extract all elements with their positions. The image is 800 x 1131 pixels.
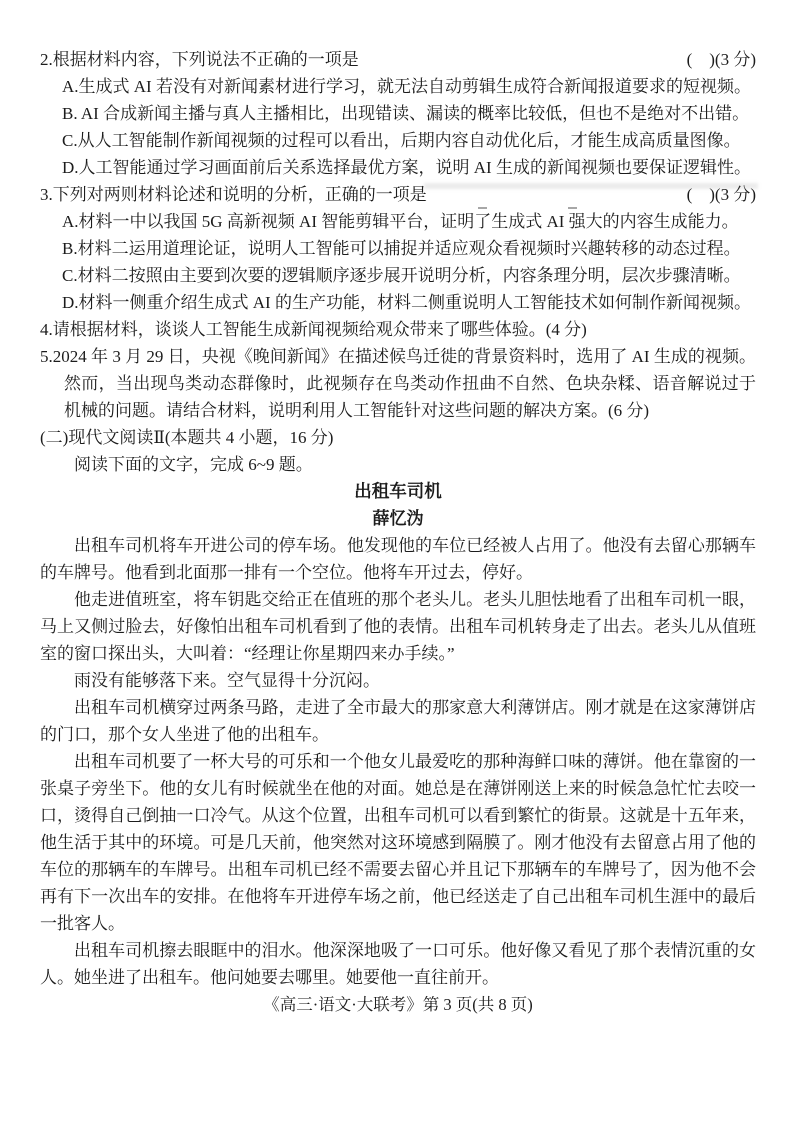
question-number: 3. <box>40 185 53 204</box>
question-3-option-c: C.材料二按照由主要到次要的逻辑顺序逐步展开说明分析，内容条理分明，层次步骤清晰… <box>62 262 756 289</box>
scan-artifact-dash <box>478 207 487 209</box>
question-3: 3.下列对两则材料论述和说明的分析，正确的一项是 ( )(3 分) A.材料一中… <box>40 181 756 316</box>
question-stem-text: 请根据材料，谈谈人工智能生成新闻视频给观众带来了哪些体验。(4 分) <box>53 320 587 339</box>
scan-artifact-dash <box>568 207 577 209</box>
question-2-option-b: B. AI 合成新闻主播与真人主播相比，出现错读、漏读的概率比较低，但也不是绝对… <box>62 100 756 127</box>
passage-paragraph-4: 出租车司机横穿过两条马路，走进了全市最大的那家意大利薄饼店。刚才就是在这家薄饼店… <box>40 694 756 748</box>
question-4: 4.请根据材料，谈谈人工智能生成新闻视频给观众带来了哪些体验。(4 分) <box>40 316 756 343</box>
question-3-option-b: B.材料二运用道理论证，说明人工智能可以捕捉并适应观众看视频时兴趣转移的动态过程… <box>62 235 756 262</box>
question-3-option-d: D.材料一侧重介绍生成式 AI 的生产功能，材料二侧重说明人工智能技术如何制作新… <box>62 289 756 316</box>
question-2-stem-line: 2.根据材料内容，下列说法不正确的一项是 ( )(3 分) <box>40 46 756 73</box>
passage-title: 出租车司机 <box>40 478 756 505</box>
passage-paragraph-5: 出租车司机要了一杯大号的可乐和一个他女儿最爱吃的那种海鲜口味的薄饼。他在靠窗的一… <box>40 748 756 937</box>
question-2: 2.根据材料内容，下列说法不正确的一项是 ( )(3 分) A.生成式 AI 若… <box>40 46 756 181</box>
question-stem-text: 2024 年 3 月 29 日，央视《晚间新闻》在描述候鸟迁徙的背景资料时，选用… <box>53 347 756 420</box>
question-2-option-d: D.人工智能通过学习画面前后关系选择最优方案，说明 AI 生成的新闻视频也要保证… <box>62 154 756 181</box>
page-footer: 《高三·语文·大联考》第 3 页(共 8 页) <box>40 991 756 1018</box>
question-number: 2. <box>40 50 53 69</box>
passage-paragraph-6: 出租车司机擦去眼眶中的泪水。他深深地吸了一口可乐。他好像又看见了那个表情沉重的女… <box>40 937 756 991</box>
section-heading: (二)现代文阅读Ⅱ(本题共 4 小题，16 分) <box>40 424 756 451</box>
question-3-stem: 3.下列对两则材料论述和说明的分析，正确的一项是 <box>40 181 427 208</box>
reading-instruction: 阅读下面的文字，完成 6~9 题。 <box>40 451 756 478</box>
passage-paragraph-3: 雨没有能够落下来。空气显得十分沉闷。 <box>40 667 756 694</box>
question-3-option-a: A.材料一中以我国 5G 高新视频 AI 智能剪辑平台，证明了生成式 AI 强大… <box>62 208 756 235</box>
exam-page: 2.根据材料内容，下列说法不正确的一项是 ( )(3 分) A.生成式 AI 若… <box>0 0 800 1131</box>
question-5: 5.2024 年 3 月 29 日，央视《晚间新闻》在描述候鸟迁徙的背景资料时，… <box>40 343 756 424</box>
question-stem-text: 根据材料内容，下列说法不正确的一项是 <box>53 50 359 69</box>
passage-paragraph-1: 出租车司机将车开进公司的停车场。他发现他的车位已经被人占用了。他没有去留心那辆车… <box>40 532 756 586</box>
question-stem-text: 下列对两则材料论述和说明的分析，正确的一项是 <box>53 185 427 204</box>
question-2-stem: 2.根据材料内容，下列说法不正确的一项是 <box>40 46 359 73</box>
passage-author: 薛忆沩 <box>40 505 756 532</box>
scan-artifact-strip <box>424 183 758 189</box>
passage-paragraph-2: 他走进值班室，将车钥匙交给正在值班的那个老头儿。老头儿胆怯地看了出租车司机一眼，… <box>40 586 756 667</box>
question-number: 4. <box>40 320 53 339</box>
question-number: 5. <box>40 347 53 366</box>
question-2-option-c: C.从人工智能制作新闻视频的过程可以看出，后期内容自动优化后，才能生成高质量图像… <box>62 127 756 154</box>
question-2-option-a: A.生成式 AI 若没有对新闻素材进行学习，就无法自动剪辑生成符合新闻报道要求的… <box>62 73 756 100</box>
question-2-marks: ( )(3 分) <box>687 46 756 73</box>
